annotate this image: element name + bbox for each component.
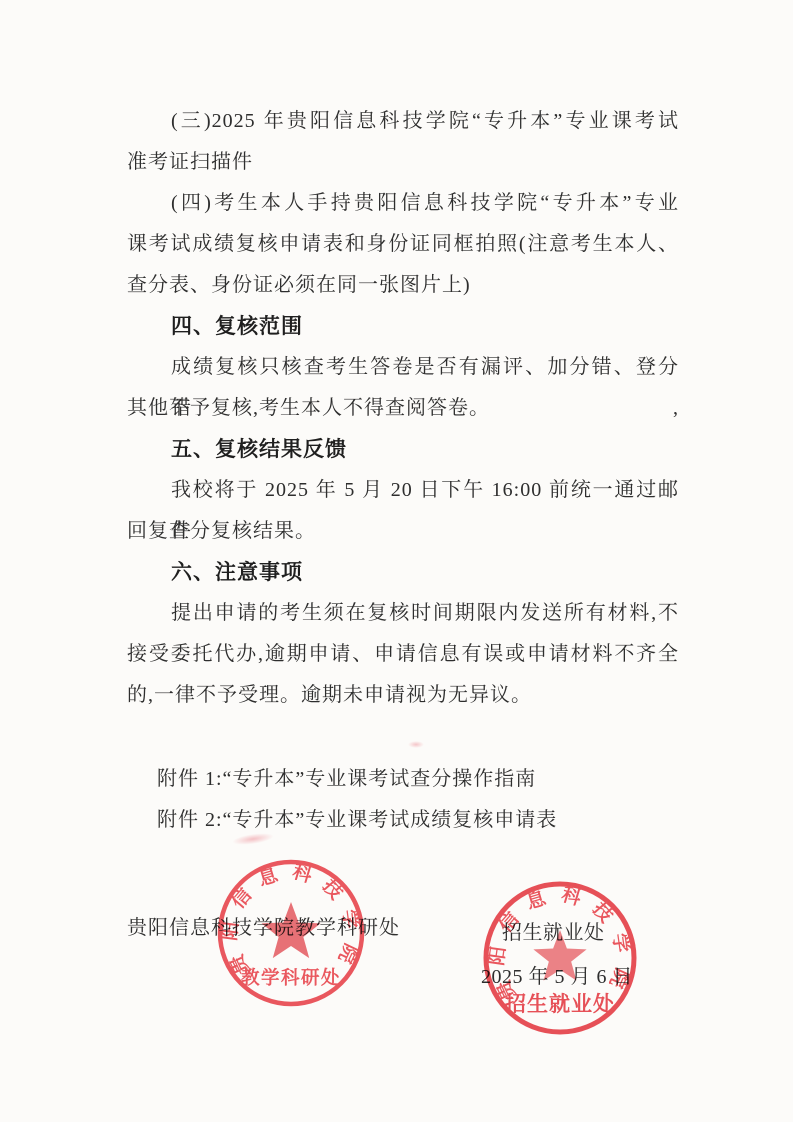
seal-department-text: 招生就业处 <box>505 992 615 1016</box>
notes-line-3: 的,一律不予受理。逾期未申请视为无异议。 <box>127 675 679 716</box>
official-seal-academic-affairs: 贵阳信息科技学院 教学科研处 <box>205 847 377 1019</box>
review-scope-line-1: 成绩复核只核查考生答卷是否有漏评、加分错、登分错, <box>127 347 679 388</box>
scanned-notice-page: (三)2025 年贵阳信息科技学院“专升本”专业课考试 准考证扫描件 (四)考生… <box>0 0 793 1122</box>
result-feedback-line-1: 我校将于 2025 年 5 月 20 日下午 16:00 前统一通过邮件 <box>127 470 679 511</box>
seal-star-icon <box>533 930 586 981</box>
clause-four-line-2: 课考试成绩复核申请表和身份证同框拍照(注意考生本人、 <box>127 224 679 265</box>
attachment-1-line: 附件 1:“专升本”专业课考试查分操作指南 <box>127 759 679 800</box>
result-feedback-line-2: 回复查分复核结果。 <box>127 511 679 552</box>
seal-star-icon <box>262 902 321 958</box>
heading-review-scope: 四、复核范围 <box>127 306 679 347</box>
ink-smudge <box>408 741 424 748</box>
clause-three-line-2: 准考证扫描件 <box>127 142 679 183</box>
heading-result-feedback: 五、复核结果反馈 <box>127 429 679 470</box>
clause-four-line-3: 查分表、身份证必须在同一张图片上) <box>127 265 679 306</box>
notes-line-2: 接受委托代办,逾期申请、申请信息有误或申请材料不齐全 <box>127 634 679 675</box>
notice-body: (三)2025 年贵阳信息科技学院“专升本”专业课考试 准考证扫描件 (四)考生… <box>127 101 679 841</box>
clause-four-line-1: (四)考生本人手持贵阳信息科技学院“专升本”专业 <box>127 183 679 224</box>
blank-line <box>127 716 679 759</box>
seal-department-text: 教学科研处 <box>240 967 341 988</box>
official-seal-admissions: 贵阳信息科技学院 招生就业处 <box>469 867 651 1049</box>
heading-notes: 六、注意事项 <box>127 552 679 593</box>
notes-line-1: 提出申请的考生须在复核时间期限内发送所有材料,不 <box>127 593 679 634</box>
clause-three-line-1: (三)2025 年贵阳信息科技学院“专升本”专业课考试 <box>127 101 679 142</box>
attachment-2-line: 附件 2:“专升本”专业课考试成绩复核申请表 <box>127 800 679 841</box>
